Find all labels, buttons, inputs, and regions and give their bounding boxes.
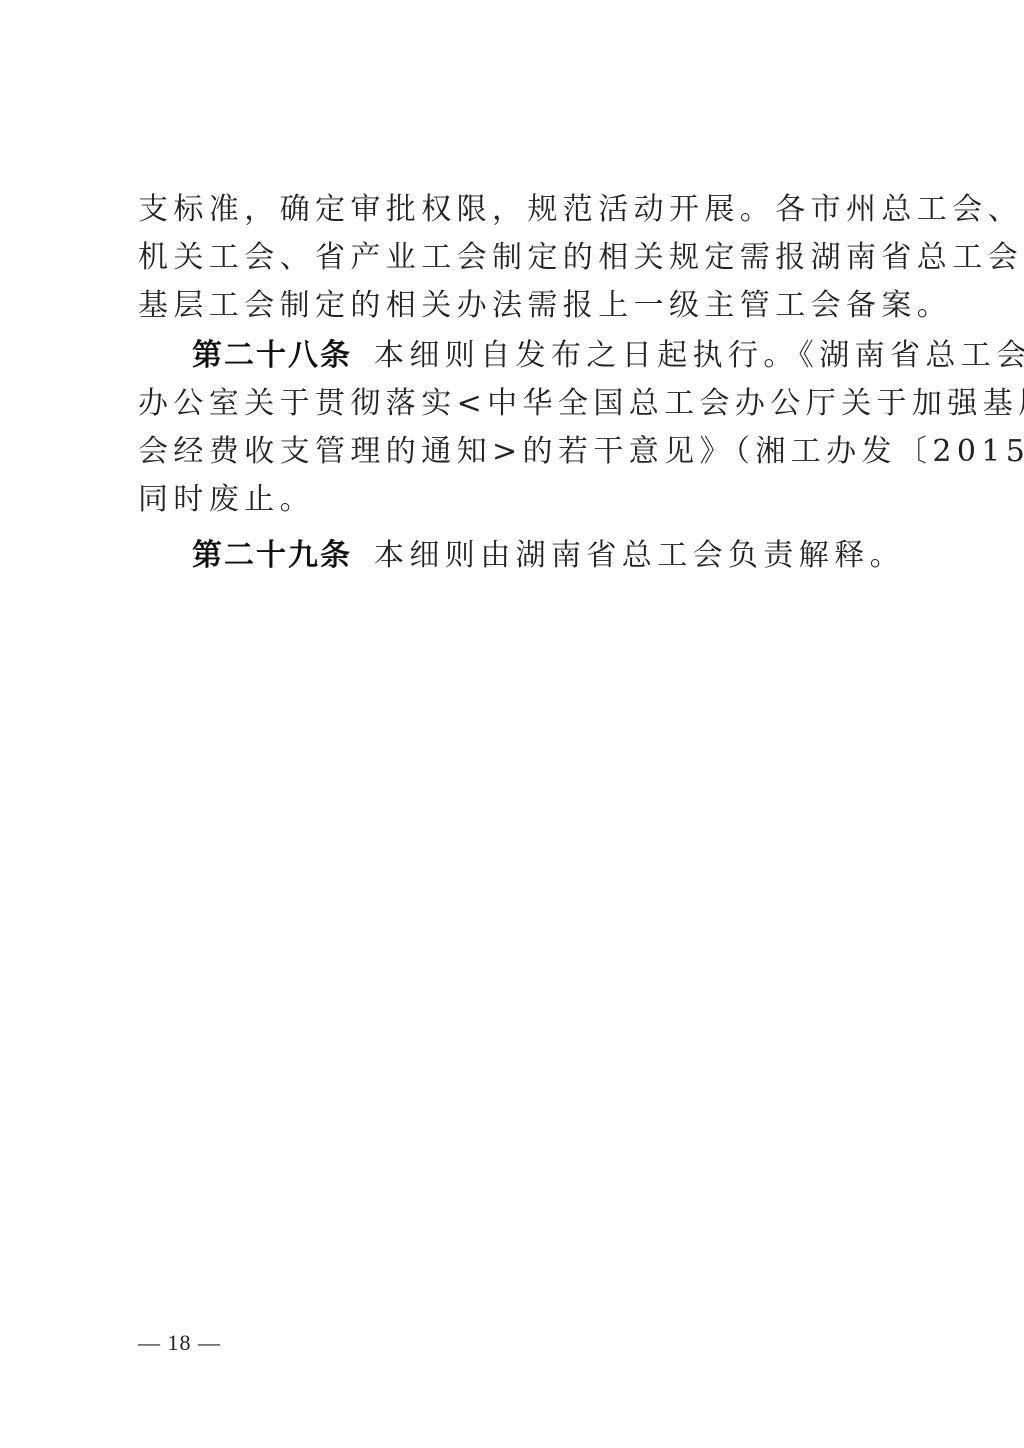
article-28-text: 本细则自发布之日起执行。《湖南省总工会: [374, 338, 1024, 373]
article-29-text: 本细则由湖南省总工会负责解释。: [374, 538, 905, 573]
body-text-line: 机关工会、省产业工会制定的相关规定需报湖南省总工会备案。: [138, 240, 888, 276]
article-28-line: 办公室关于贯彻落实<中华全国总工会办公厅关于加强基层工: [138, 386, 888, 422]
article-29-heading: 第二十九条: [192, 538, 352, 573]
article-28-heading: 第二十八条: [192, 338, 352, 373]
article-28-first-line: 第二十八条本细则自发布之日起执行。《湖南省总工会: [192, 338, 942, 374]
body-text-line: 基层工会制定的相关办法需报上一级主管工会备案。: [138, 288, 888, 324]
page-number: — 18 —: [138, 1330, 221, 1356]
article-28-line: 同时废止。: [138, 482, 888, 518]
article-28-line: 会经费收支管理的通知>的若干意见》（湘工办发〔2015〕4号）: [138, 434, 888, 470]
article-29-line: 第二十九条本细则由湖南省总工会负责解释。: [192, 538, 942, 574]
body-text-line: 支标准，确定审批权限，规范活动开展。各市州总工会、省直: [138, 192, 888, 228]
document-page: 支标准，确定审批权限，规范活动开展。各市州总工会、省直 机关工会、省产业工会制定…: [0, 0, 1024, 1448]
